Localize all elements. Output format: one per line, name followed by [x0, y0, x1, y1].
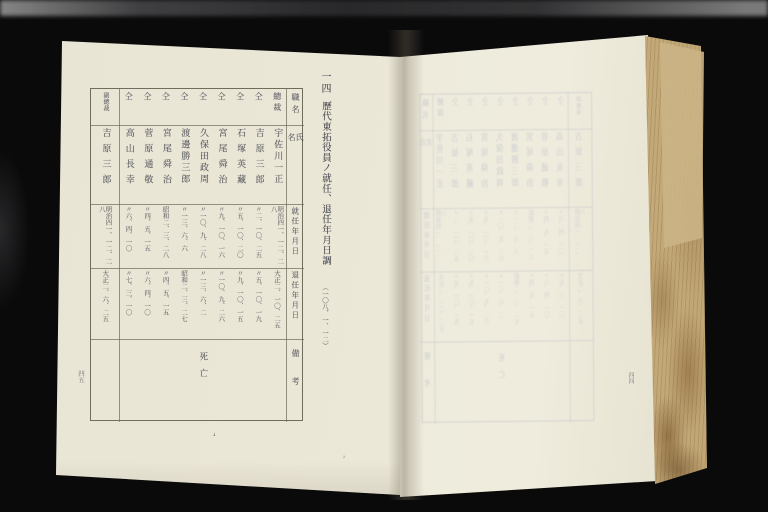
appointed-date-cell: 〃六、四、一〇: [119, 204, 138, 268]
name-cell-text: 渡邊勝三郎: [179, 128, 188, 204]
remarks-cell: 死亡: [495, 341, 511, 423]
retired-date-cell-text: 大正二、六、二五: [102, 270, 109, 339]
appointed-date-cell-text: 〃二、一〇、二五: [255, 206, 262, 268]
name-cell: 高山長幸: [554, 129, 570, 207]
name-cell: 宇佐川一正: [267, 125, 286, 204]
retired-date-cell-text: 〃四、五、一五: [530, 272, 536, 340]
appointed-date-cell-text: 〃九、一〇、一六: [218, 206, 225, 268]
row-header-3: 退任年月日: [420, 272, 435, 342]
appointed-date-cell-text: 〃四、五、一五: [144, 206, 151, 268]
position-cell-text: 仝: [236, 92, 244, 125]
appointed-date-cell: 昭和二、三、二八: [524, 207, 539, 270]
appointed-date-cell-text: 〃一〇、九、二八: [199, 206, 206, 268]
remarks-cell: 死亡: [193, 339, 212, 422]
appointed-date-cell: 〃一〇、九、二八: [494, 207, 509, 270]
retired-date-cell: 〃九、一〇、一五: [465, 271, 481, 341]
bleedthrough-table-grid: 職名氏名就任年月日退任年月日備考總裁宇佐川一正明治四一、一二、二八大正二、一〇、…: [419, 92, 594, 423]
position-cell: 仝: [508, 94, 523, 130]
position-cell: 仝: [230, 89, 249, 125]
appointed-date-cell-text: 昭和二、三、二八: [529, 209, 535, 270]
retired-date-cell: 〃七、三、一〇: [555, 270, 571, 340]
name-cell-text: 宮尾舜治: [161, 128, 170, 204]
retired-date-cell-text: 〃五、一〇、一九: [454, 273, 460, 341]
retired-date-cell-text: 〃九、一〇、一五: [236, 270, 243, 339]
name-cell: 宮尾舜治: [212, 125, 231, 204]
retired-date-cell: 大正二、六、二五: [91, 268, 119, 339]
row-header-1-text: 氏名: [287, 133, 303, 204]
retired-date-cell: 昭和二、三、二七: [510, 271, 526, 341]
position-cell: 仝: [175, 89, 194, 125]
appointed-date-cell: 明治四一、一二、二八: [569, 207, 592, 270]
appointed-date-cell: 〃一三、六、六: [175, 204, 194, 268]
retired-date-cell-text: 大正二、一〇、二五: [439, 273, 445, 341]
position-cell-text: 仝: [180, 92, 188, 125]
appointed-date-cell-text: 〃五、一〇、二〇: [236, 206, 243, 268]
position-cell-text: 仝: [528, 97, 535, 130]
name-cell-text: 高山長幸: [558, 132, 566, 207]
position-cell: 仝: [119, 89, 138, 125]
retired-date-cell: 〃六、四、一〇: [138, 268, 157, 339]
remarks-cell-text: 死亡: [499, 354, 506, 423]
retired-date-cell-text: 大正二、一〇、二五: [273, 270, 280, 339]
row-header-3-text: 退任年月日: [291, 271, 299, 339]
name-cell: 石塚英藏: [464, 130, 480, 208]
name-cell-text: 吉原三郎: [576, 132, 584, 207]
retired-date-cell-text: 〃一〇、九、二六: [485, 273, 491, 341]
row-header-4: 備考: [420, 342, 435, 424]
name-cell-text: 宮尾舜治: [528, 132, 536, 207]
row-header-3: 退任年月日: [286, 268, 304, 339]
position-cell: 總裁: [433, 95, 448, 131]
photo-of-archival-document: 職名氏名就任年月日退任年月日備考總裁宇佐川一正明治四一、一二、二八大正二、一〇、…: [0, 0, 768, 512]
officers-table: 職名氏名就任年月日退任年月日備考總裁宇佐川一正明治四一、一二、二八大正二、一〇、…: [90, 88, 303, 421]
position-cell: 仝: [478, 94, 493, 130]
row-header-0: 職名: [286, 89, 304, 125]
appointed-date-cell: 〃一三、六、六: [509, 207, 524, 270]
retired-date-cell: 〃四、五、一五: [525, 270, 541, 340]
position-cell-text: 仝: [453, 97, 460, 130]
retired-date-cell-text: 大正二、六、二五: [579, 272, 585, 340]
retired-date-cell-text: 〃七、三、一〇: [560, 272, 566, 340]
position-cell-text: 仝: [217, 92, 225, 125]
document-title-note: （一〇八、一、一二）: [310, 284, 328, 356]
row-header-1: 氏名: [286, 125, 304, 204]
position-cell-text: 副總裁: [577, 96, 582, 129]
retired-date-cell-text: 〃六、四、一〇: [545, 272, 551, 340]
appointed-date-cell-text: 〃六、四、一〇: [559, 209, 565, 270]
position-cell: 副總裁: [91, 89, 119, 125]
appointed-date-cell: 明治四一、一二、二八: [91, 204, 119, 268]
appointed-date-cell-text: 〃一三、六、六: [181, 206, 188, 268]
frame-edge-highlight: [0, 0, 768, 16]
appointed-date-cell: 〃四、五、一五: [138, 204, 157, 268]
row-header-1-text: 氏名: [420, 138, 433, 208]
name-cell: 吉原三郎: [91, 125, 119, 204]
retired-date-cell: 〃九、一〇、一五: [230, 268, 249, 339]
appointed-date-cell-text: 〃四、五、一五: [544, 209, 550, 270]
name-cell: 宮尾舜治: [479, 130, 495, 208]
position-cell-text: 副總裁: [102, 92, 108, 125]
retired-date-cell: 大正二、一〇、二五: [267, 268, 286, 339]
name-cell-text: 久保田政周: [498, 132, 506, 207]
row-header-4-text: 備考: [425, 352, 432, 424]
retired-date-cell: 〃六、四、一〇: [540, 270, 556, 340]
retired-date-cell: 大正二、一〇、二五: [435, 271, 451, 341]
appointed-date-cell: 〃四、五、一五: [539, 207, 554, 270]
appointed-date-cell: 〃六、四、一〇: [554, 207, 569, 270]
name-cell: 石塚英藏: [230, 125, 249, 204]
name-cell: 渡邊勝三郎: [509, 129, 525, 207]
appointed-date-cell-text: 〃一三、六、六: [514, 209, 520, 270]
name-cell-text: 石塚英藏: [467, 133, 475, 208]
retired-date-cell: 〃五、一〇、一九: [249, 268, 268, 339]
position-cell: 仝: [249, 89, 268, 125]
document-title: 歷代東拓役員ノ就任、退任年月日調: [306, 101, 330, 281]
row-header-4-text: 備考: [291, 349, 299, 422]
appointed-date-cell: 〃九、一〇、一六: [212, 204, 231, 268]
position-cell-text: 仝: [143, 92, 151, 125]
position-cell-text: 仝: [161, 92, 169, 125]
retired-date-cell: 〃一三、六、二: [495, 271, 511, 341]
appointed-date-cell: 〃九、一〇、一六: [479, 208, 494, 271]
name-cell: 宮尾舜治: [156, 125, 175, 204]
name-cell-text: 宇佐川一正: [437, 133, 445, 208]
position-cell: 仝: [523, 94, 538, 130]
appointed-date-cell-text: 〃一〇、九、二八: [499, 210, 505, 271]
name-cell-text: 吉原三郎: [101, 128, 110, 204]
position-cell-text: 仝: [468, 97, 475, 130]
position-cell: 仝: [138, 89, 157, 125]
retired-date-cell-text: 〃七、三、一〇: [125, 270, 132, 339]
row-header-4: 備考: [286, 339, 304, 422]
appointed-date-cell-text: 〃六、四、一〇: [125, 206, 132, 268]
row-header-0-text: 職名: [291, 93, 299, 125]
retired-date-cell-text: 〃四、五、一五: [162, 270, 169, 339]
name-cell: 渡邊勝三郎: [175, 125, 194, 204]
appointed-date-cell-text: 〃九、一〇、一六: [484, 210, 490, 271]
position-cell: 仝: [553, 93, 568, 129]
position-cell: 副總裁: [569, 93, 592, 129]
retired-date-cell-text: 昭和二、三、二七: [181, 270, 188, 339]
position-cell-text: 仝: [124, 92, 132, 125]
retired-date-cell: 〃一〇、九、二六: [480, 271, 496, 341]
name-cell-text: 高山長幸: [124, 128, 133, 204]
retired-date-cell: 〃一〇、九、二六: [212, 268, 231, 339]
retired-date-cell: 〃五、一〇、一九: [450, 271, 466, 341]
position-cell: 仝: [493, 94, 508, 130]
appointed-date-cell: 〃五、一〇、二〇: [464, 208, 479, 271]
retired-date-cell-text: 〃一三、六、二: [500, 273, 506, 341]
chapter-number: 一四: [307, 71, 329, 105]
name-cell-text: 吉原三郎: [452, 133, 460, 208]
retired-date-cell-text: 〃一三、六、二: [199, 270, 206, 339]
remarks-cell-text: 死亡: [198, 352, 207, 422]
name-cell: 吉原三郎: [449, 130, 465, 208]
row-header-2-text: 就任年月日: [291, 207, 299, 268]
position-cell-text: 仝: [498, 97, 505, 130]
appointed-date-cell-text: 明治四一、一二、二八: [436, 210, 447, 271]
retired-date-cell-text: 〃一〇、九、二六: [218, 270, 225, 339]
left-page-number: 四五: [74, 370, 84, 392]
appointed-date-cell: 〃二、一〇、二五: [249, 204, 268, 268]
position-cell-text: 仝: [254, 92, 262, 125]
row-header-2-text: 就任年月日: [424, 211, 431, 271]
position-cell: 仝: [156, 89, 175, 125]
retired-date-cell-text: 昭和二、三、二七: [515, 273, 521, 341]
name-cell-text: 菅原通敬: [543, 132, 551, 207]
retired-date-cell: 昭和二、三、二七: [175, 268, 194, 339]
name-cell-text: 宮尾舜治: [217, 128, 226, 204]
position-cell-text: 仝: [513, 97, 520, 130]
name-cell-text: 久保田政周: [198, 128, 207, 204]
position-cell-text: 仝: [558, 96, 565, 129]
name-cell-text: 石塚英藏: [235, 128, 244, 204]
name-cell-text: 吉原三郎: [254, 128, 263, 204]
position-cell-text: 仝: [198, 92, 206, 125]
appointed-date-cell-text: 明治四一、一二、二八: [575, 209, 586, 270]
appointed-date-cell: 明治四一、一二、二八: [434, 208, 449, 271]
retired-date-cell-text: 〃六、四、一〇: [144, 270, 151, 339]
name-cell: 吉原三郎: [249, 125, 268, 204]
name-cell: 宮尾舜治: [524, 129, 540, 207]
frame-side-glow: [0, 150, 30, 310]
position-cell: 仝: [538, 93, 553, 129]
appointed-date-cell-text: 〃五、一〇、二〇: [469, 210, 475, 271]
appointed-date-cell: 昭和二、三、二八: [156, 204, 175, 268]
name-cell: 久保田政周: [494, 129, 510, 207]
retired-date-cell: 大正二、六、二五: [570, 270, 593, 340]
name-cell: 宇佐川一正: [434, 130, 450, 208]
position-cell: 仝: [193, 89, 212, 125]
appointed-date-cell: 明治四一、一二、二八: [267, 204, 286, 268]
name-cell: 高山長幸: [119, 125, 138, 204]
row-header-0: 職名: [419, 95, 434, 131]
appointed-date-cell: 〃五、一〇、二〇: [230, 204, 249, 268]
retired-date-cell: 〃四、五、一五: [156, 268, 175, 339]
row-header-3-text: 退任年月日: [424, 275, 431, 342]
position-cell-text: 仝: [543, 96, 550, 129]
row-header-2: 就任年月日: [419, 208, 434, 271]
bleedthrough-table-mirror: 職名氏名就任年月日退任年月日備考總裁宇佐川一正明治四一、一二、二八大正二、一〇、…: [419, 92, 594, 423]
appointed-date-cell-text: 明治四一、一二、二八: [99, 206, 112, 268]
appointed-date-cell-text: 昭和二、三、二八: [162, 206, 169, 268]
position-cell: 仝: [463, 94, 478, 130]
retired-date-cell: 〃一三、六、二: [193, 268, 212, 339]
name-cell: 吉原三郎: [569, 129, 592, 207]
row-header-1: 氏名: [419, 130, 434, 208]
name-cell-text: 宮尾舜治: [483, 133, 491, 208]
appointed-date-cell: 〃二、一〇、二五: [449, 208, 464, 271]
retired-date-cell-text: 〃九、一〇、一五: [469, 273, 475, 341]
row-header-2: 就任年月日: [286, 204, 304, 268]
appointed-date-cell-text: 明治四一、一二、二八: [270, 206, 283, 268]
retired-date-cell-text: 〃五、一〇、一九: [255, 270, 262, 339]
name-cell-text: 宇佐川一正: [272, 128, 281, 204]
position-cell-text: 仝: [483, 97, 490, 130]
appointed-date-cell: 〃一〇、九、二八: [193, 204, 212, 268]
position-cell-text: 總裁: [438, 98, 445, 131]
position-cell-text: 總裁: [273, 92, 281, 125]
name-cell: 菅原通敬: [138, 125, 157, 204]
appointed-date-cell-text: 〃二、一〇、二五: [454, 210, 460, 271]
name-cell: 久保田政周: [193, 125, 212, 204]
name-cell-text: 菅原通敬: [142, 128, 151, 204]
right-page-number: 四四: [623, 372, 633, 392]
name-cell-text: 渡邊勝三郎: [513, 132, 521, 207]
position-cell: 總裁: [267, 89, 286, 125]
row-header-0-text: 職名: [423, 99, 430, 131]
name-cell: 菅原通敬: [539, 129, 555, 207]
position-cell: 仝: [448, 94, 463, 130]
position-cell: 仝: [212, 89, 231, 125]
retired-date-cell: 〃七、三、一〇: [119, 268, 138, 339]
